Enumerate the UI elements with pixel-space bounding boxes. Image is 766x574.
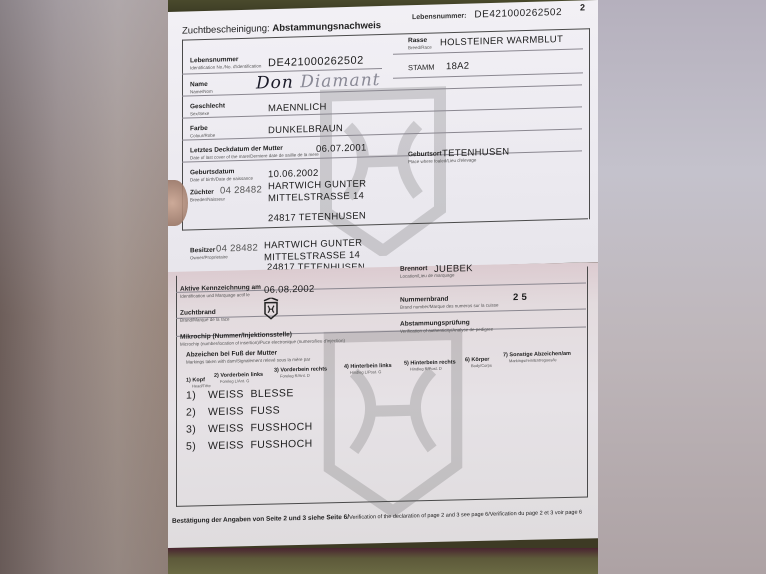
farbe-label: FarbeColour/Robe bbox=[190, 125, 215, 140]
passport-page-lower: BrennortLocation/Lieu de marquage JUEBEK… bbox=[168, 262, 598, 548]
zuechter-id: 04 28482 bbox=[220, 184, 262, 196]
stamm-label: STAMM bbox=[408, 64, 435, 72]
blurred-background-right bbox=[598, 0, 766, 574]
lebensnummer-label: LebensnummerIdentification No./No. d'ide… bbox=[190, 55, 261, 71]
geschlecht-label: GeschlechtSex/Sexe bbox=[190, 102, 225, 117]
stamm-value: 18A2 bbox=[446, 61, 469, 73]
brennort-value: JUEBEK bbox=[434, 263, 473, 275]
rasse-label: RasseBreed/Race bbox=[408, 37, 432, 52]
passport-page-upper: Zuchtbescheinigung: Abstammungsnachweis … bbox=[168, 0, 598, 274]
marking-row: 2)WEISS FUSS bbox=[186, 404, 313, 419]
zuchtbrand-label: ZuchtbrandBrand/Marque de la race bbox=[180, 309, 230, 324]
passport-photo: Zuchtbescheinigung: Abstammungsnachweis … bbox=[168, 0, 598, 574]
blurred-background-left bbox=[0, 0, 168, 574]
nummernbrand-value: 2 5 bbox=[513, 292, 527, 303]
header-ueln: Lebensnummer: DE421000262502 bbox=[412, 7, 562, 22]
geschlecht-value: MAENNLICH bbox=[268, 102, 327, 115]
kennzeichnung-value: 06.08.2002 bbox=[264, 284, 315, 296]
column-vorderbein-rechts: 3) Vorderbein rechtsForeleg R/Ant. D bbox=[274, 366, 327, 379]
page-number: 2 bbox=[580, 2, 585, 12]
markings-list: 1)WEISS BLESSE 2)WEISS FUSS 3)WEISS FUSS… bbox=[186, 387, 313, 458]
zuchtbrand-brand-icon bbox=[262, 297, 280, 319]
passport-cover-edge bbox=[168, 548, 598, 574]
column-kopf: 1) KopfHead/Tête bbox=[186, 377, 211, 390]
kennzeichnung-label: Aktive Kennzeichnung amIdentification un… bbox=[180, 284, 261, 300]
column-hinterbein-rechts: 5) Hinterbein rechtsHindleg R/Post. D bbox=[404, 359, 456, 372]
abzeichen-label: Abzeichen bei Fuß der MutterMarkings tak… bbox=[186, 349, 310, 366]
horse-name-handwritten: Don Diamant bbox=[256, 70, 380, 93]
marking-row: 3)WEISS FUSSHOCH bbox=[186, 421, 313, 436]
marking-row: 1)WEISS BLESSE bbox=[186, 387, 313, 402]
geburtsdatum-label: GeburtsdatumDate of birth/Date de naissa… bbox=[190, 168, 253, 184]
besitzer-id: 04 28482 bbox=[216, 242, 258, 254]
nummernbrand-label: NummernbrandBrand number/Marque des nume… bbox=[400, 294, 499, 310]
abstammungspruefung-label: AbstammungsprüfungVerification of authen… bbox=[400, 319, 493, 335]
column-koerper: 6) KörperBody/Corps bbox=[465, 357, 492, 370]
marking-row: 5)WEISS FUSSHOCH bbox=[186, 438, 313, 453]
letztes-deckdatum-value: 06.07.2001 bbox=[316, 142, 367, 154]
name-label: NameName/Nom bbox=[190, 81, 213, 96]
column-sonstige: 7) Sonstige Abzeichen/amMarkings/rein/En… bbox=[503, 351, 571, 365]
column-vorderbein-links: 2) Vorderbein linksForeleg L/Ant. G bbox=[214, 372, 263, 385]
geburtsdatum-value: 10.06.2002 bbox=[268, 168, 319, 180]
footer-verification-note: Bestätigung der Angaben von Seite 2 und … bbox=[172, 509, 582, 525]
column-hinterbein-links: 4) Hinterbein linksHindleg L/Post. G bbox=[344, 363, 392, 376]
farbe-value: DUNKELBRAUN bbox=[268, 123, 343, 136]
geburtsort-value: TETENHUSEN bbox=[442, 146, 509, 159]
